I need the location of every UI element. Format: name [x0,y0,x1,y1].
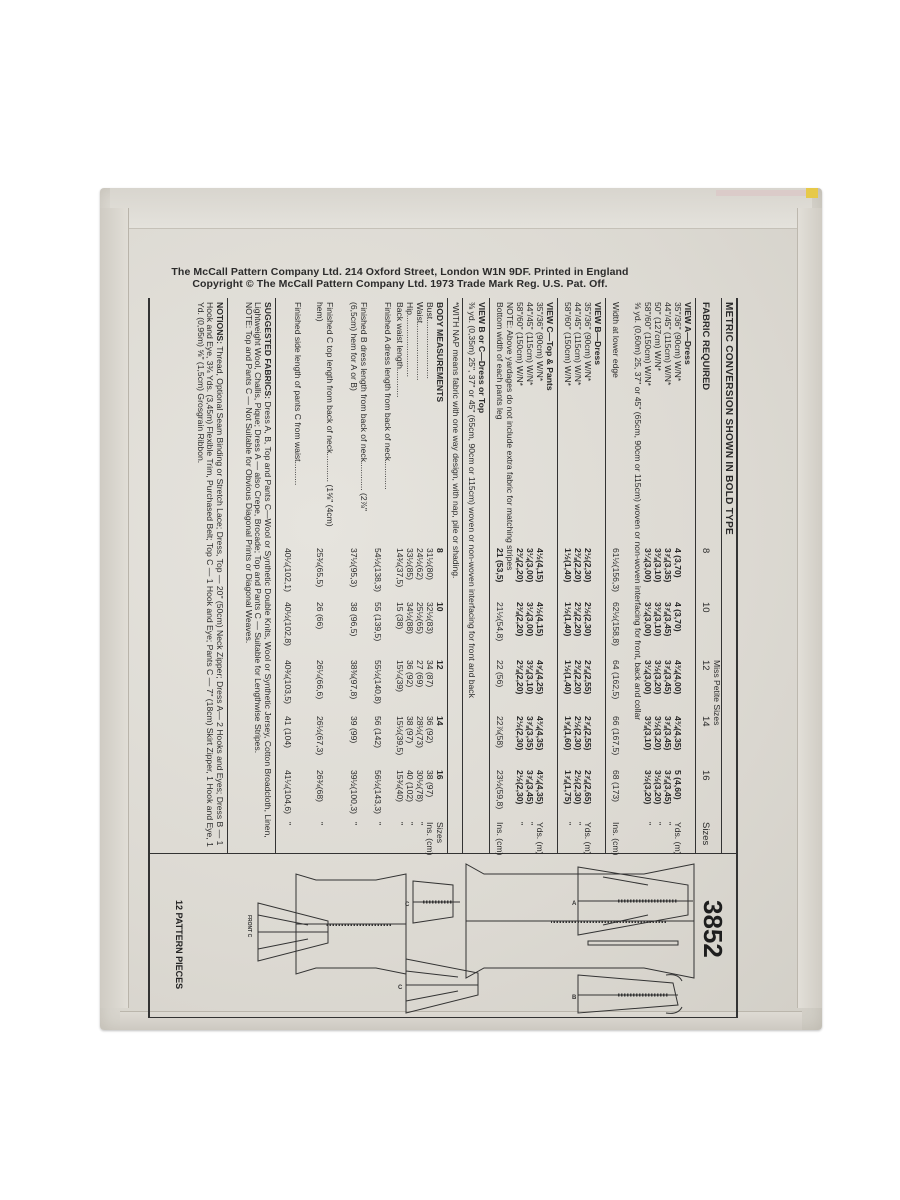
envelope-right-flap [797,208,822,1008]
view-c-top-label: C [405,902,410,908]
copyright-line-1: The McCall Pattern Company Ltd. 214 Oxfo… [120,266,680,278]
pattern-pieces-wrapper: 12 PATTERN PIECES [172,900,192,1040]
fabric-chart: METRIC CONVERSION SHOWN IN BOLD TYPE Mis… [148,298,738,854]
chart-title: METRIC CONVERSION SHOWN IN BOLD TYPE [723,302,733,849]
view-c-title: VIEW C—Top & Pants [544,302,554,849]
notions: NOTIONS: Thread, Optional Seam Binding o… [195,302,224,847]
tape-strip [716,190,806,196]
size-16-header: 16 [700,770,710,781]
view-c-pants-label: C [398,985,403,991]
pattern-pieces-count: 12 PATTERN PIECES [174,900,184,989]
size-14-header: 14 [700,716,710,727]
front-c-label: FRONT C [246,915,252,938]
envelope-top-flap [110,188,812,229]
view-a-interfacing: ⅝ yd. (0,60m) 25, 37" or 45" (65cm, 90cm… [632,302,642,842]
view-b-label: B [572,995,577,1001]
size-8-header: 8 [700,548,710,553]
view-a-title: VIEW A—Dress [682,302,692,849]
copyright-line-2: Copyright © The McCall Pattern Company L… [120,278,680,290]
view-sketches: A B C C FRONT C [148,855,738,1020]
envelope-left-flap [100,208,129,1008]
size-group-label: Miss Petite Sizes [711,660,721,725]
pattern-number-wrapper: 3852 [694,900,754,980]
view-a-label: A [572,901,577,907]
view-bc-interfacing: ⅜ yd. (0,35m) 25", 37" or 45" (65cm, 90c… [466,302,476,849]
view-c-note: NOTE: Above yardages do not include extr… [504,302,514,849]
yellow-tape [806,188,818,198]
sizes-unit-header: Sizes [700,822,710,845]
size-10-header: 10 [700,602,710,613]
pattern-number: 3852 [697,900,728,958]
fabric-required-heading: FABRIC REQUIRED [700,302,710,390]
size-12-header: 12 [700,660,710,671]
nap-note: *WITH NAP means fabric with one way desi… [450,302,460,849]
view-b-title: VIEW B—Dress [592,302,602,849]
view-bc-title: VIEW B or C—Dress or Top [476,302,486,849]
suggested-fabrics: SUGGESTED FABRICS: Dress A, B, Top and P… [243,302,272,847]
copyright-block: The McCall Pattern Company Ltd. 214 Oxfo… [120,266,680,290]
